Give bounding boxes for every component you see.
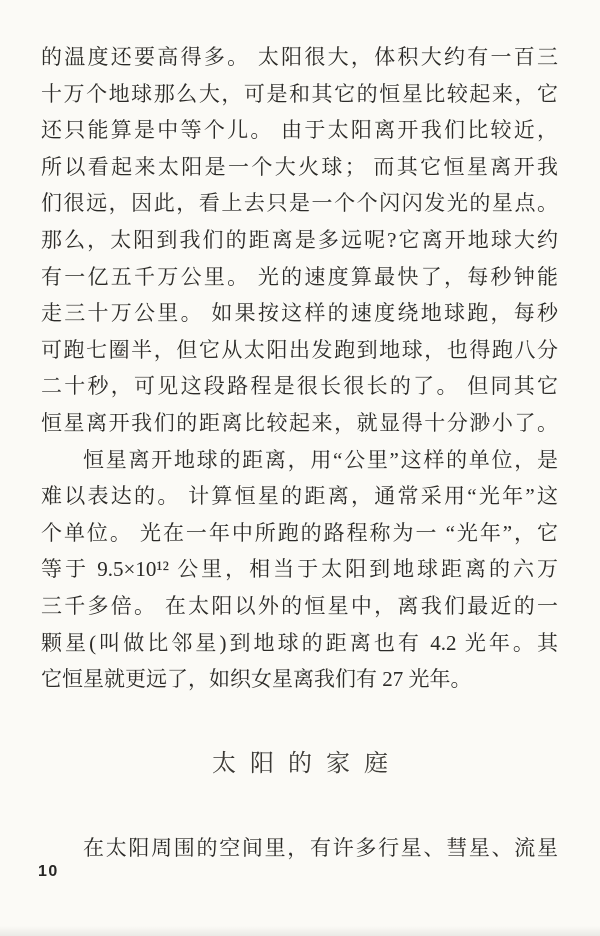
text-line: 走三十万公里。 如果按这样的速度绕地球跑，每秒	[41, 295, 558, 332]
text-line: 颗星(叫做比邻星)到地球的距离也有 4.2 光年。其	[41, 625, 558, 662]
text-line: 那么，太阳到我们的距离是多远呢?它离开地球大约	[41, 222, 558, 259]
text-line: 它恒星就更远了，如织女星离我们有 27 光年。	[41, 661, 558, 698]
text-line: 在太阳周围的空间里，有许多行星、彗星、流星	[41, 830, 558, 867]
text-line: 难以表达的。 计算恒星的距离，通常采用“光年”这	[41, 478, 558, 515]
text-line: 三千多倍。 在太阳以外的恒星中，离我们最近的一	[41, 588, 558, 625]
text-line: 恒星离开地球的距离，用“公里”这样的单位，是	[41, 442, 558, 479]
text-line: 十万个地球那么大，可是和其它的恒星比较起来，它	[41, 76, 558, 113]
text-line: 的温度还要高得多。 太阳很大，体积大约有一百三	[41, 39, 558, 76]
text-line: 恒星离开我们的距离比较起来，就显得十分渺小了。	[41, 405, 558, 442]
body-text-block: 的温度还要高得多。 太阳很大，体积大约有一百三十万个地球那么大，可是和其它的恒星…	[41, 39, 558, 698]
text-line: 们很远，因此，看上去只是一个个闪闪发光的星点。	[41, 185, 558, 222]
text-line: 等于 9.5×10¹² 公里，相当于太阳到地球距离的六万	[41, 551, 558, 588]
section-heading: 太阳的家庭	[0, 748, 600, 780]
book-page: 的温度还要高得多。 太阳很大，体积大约有一百三十万个地球那么大，可是和其它的恒星…	[0, 0, 600, 936]
text-line: 二十秒，可见这段路程是很长很长的了。 但同其它	[41, 368, 558, 405]
section-text-block: 在太阳周围的空间里，有许多行星、彗星、流星	[41, 830, 558, 867]
text-line: 可跑七圈半，但它从太阳出发跑到地球，也得跑八分	[41, 332, 558, 369]
text-line: 所以看起来太阳是一个大火球； 而其它恒星离开我	[41, 149, 558, 186]
text-line: 个单位。 光在一年中所跑的路程称为一 “光年”，它	[41, 515, 558, 552]
page-number: 10	[38, 863, 59, 881]
text-line: 有一亿五千万公里。 光的速度算最快了，每秒钟能	[41, 259, 558, 296]
text-line: 还只能算是中等个儿。 由于太阳离开我们比较近，	[41, 112, 558, 149]
